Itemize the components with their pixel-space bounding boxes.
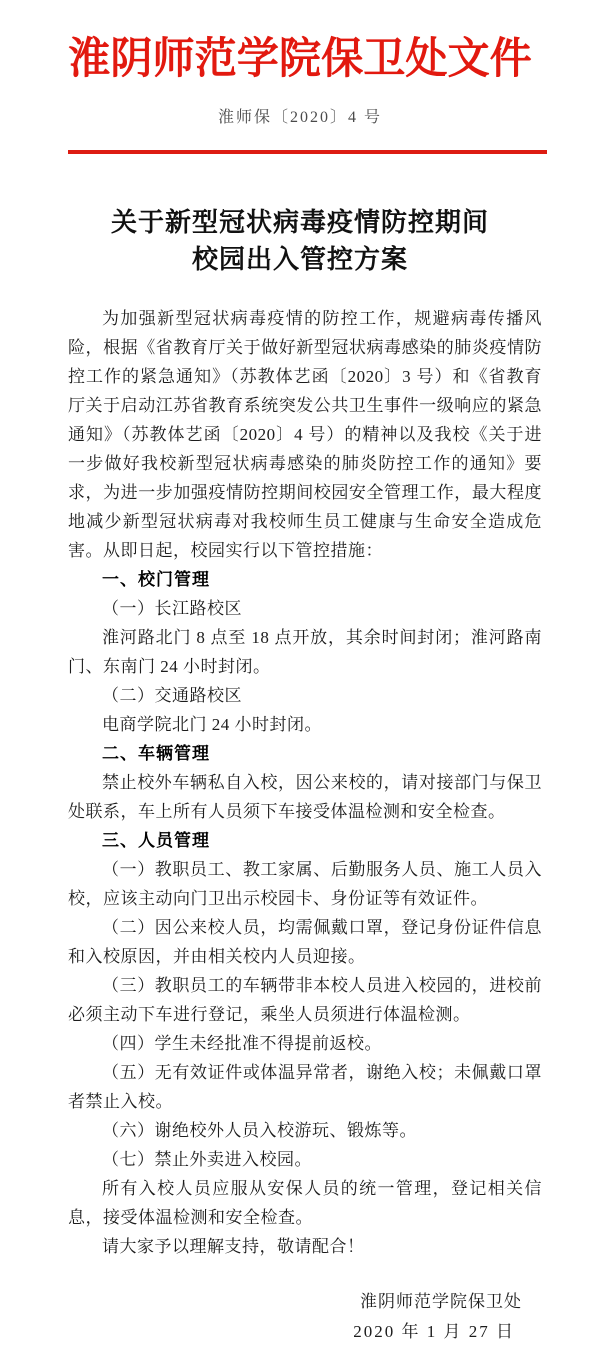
section-3-item-5: （五）无有效证件或体温异常者，谢绝入校；未佩戴口罩者禁止入校。	[68, 1058, 542, 1116]
section-1-item-2-detail: 电商学院北门 24 小时封闭。	[68, 710, 542, 739]
section-3-item-6: （六）谢绝校外人员入校游玩、锻炼等。	[68, 1116, 542, 1145]
section-3-item-2: （二）因公来校人员，均需佩戴口罩，登记身份证件信息和入校原因，并由相关校内人员迎…	[68, 913, 542, 971]
document-title-line2: 校园出入管控方案	[0, 241, 600, 278]
intro-paragraph: 为加强新型冠状病毒疫情的防控工作，规避病毒传播风险，根据《省教育厅关于做好新型冠…	[68, 304, 542, 565]
section-3-item-4: （四）学生未经批准不得提前返校。	[68, 1029, 542, 1058]
red-divider-line	[68, 150, 547, 154]
section-2-paragraph: 禁止校外车辆私自入校，因公来校的，请对接部门与保卫处联系，车上所有人员须下车接受…	[68, 768, 542, 826]
section-1-item-1: （一）长江路校区	[68, 594, 542, 623]
section-1-item-2: （二）交通路校区	[68, 681, 542, 710]
document-header-title: 淮阴师范学院保卫处文件	[6, 34, 594, 86]
section-3-heading: 三、人员管理	[68, 826, 542, 855]
section-3-item-1: （一）教职员工、教工家属、后勤服务人员、施工人员入校，应该主动向门卫出示校园卡、…	[68, 855, 542, 913]
section-3-item-7: （七）禁止外卖进入校园。	[68, 1145, 542, 1174]
document-title-line1: 关于新型冠状病毒疫情防控期间	[0, 204, 600, 241]
document-page: 淮阴师范学院保卫处文件 淮师保〔2020〕4 号 关于新型冠状病毒疫情防控期间 …	[0, 0, 600, 1358]
closing-paragraph-2: 请大家予以理解支持，敬请配合！	[68, 1232, 542, 1261]
section-1-heading: 一、校门管理	[68, 565, 542, 594]
section-1-item-1-detail: 淮河路北门 8 点至 18 点开放，其余时间封闭；淮河路南门、东南门 24 小时…	[68, 623, 542, 681]
signature-org: 淮阴师范学院保卫处	[0, 1287, 522, 1317]
signature-block: 淮阴师范学院保卫处 2020 年 1 月 27 日	[0, 1287, 600, 1347]
signature-date: 2020 年 1 月 27 日	[0, 1317, 522, 1347]
section-3-item-3: （三）教职员工的车辆带非本校人员进入校园的，进校前必须主动下车进行登记，乘坐人员…	[68, 971, 542, 1029]
closing-paragraph-1: 所有入校人员应服从安保人员的统一管理，登记相关信息，接受体温检测和安全检查。	[68, 1174, 542, 1232]
doc-number: 淮师保〔2020〕4 号	[0, 108, 600, 128]
document-title: 关于新型冠状病毒疫情防控期间 校园出入管控方案	[0, 204, 600, 278]
section-2-heading: 二、车辆管理	[68, 739, 542, 768]
document-body: 为加强新型冠状病毒疫情的防控工作，规避病毒传播风险，根据《省教育厅关于做好新型冠…	[68, 304, 542, 1261]
